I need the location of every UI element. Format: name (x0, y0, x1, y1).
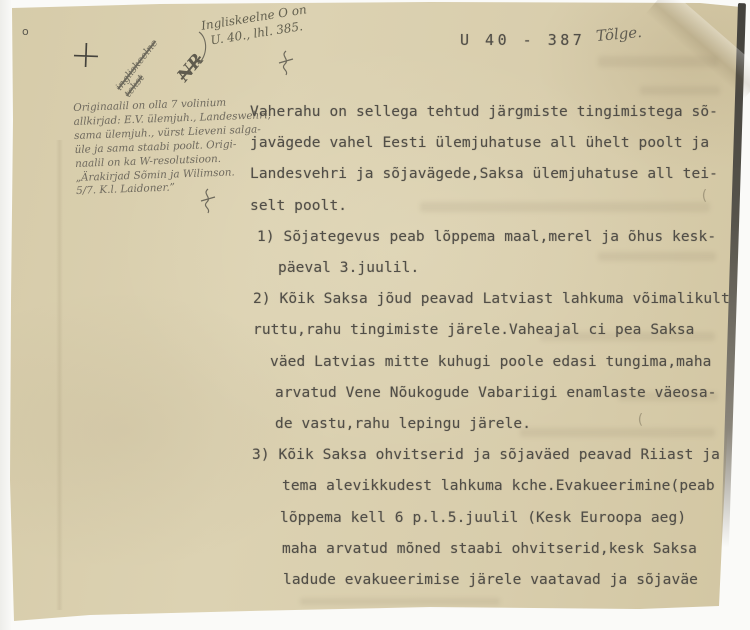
scanned-document-page: o ingliskeelne tekst NR Ingliskeelne O o… (0, 0, 750, 630)
typed-line: Vaherahu on sellega tehtud järgmiste tin… (250, 97, 740, 128)
typed-line: maha arvatud mõned staabi ohvitserid,kes… (282, 534, 740, 565)
typed-line: arvatud Vene Nõukogude Vabariigi enamlas… (275, 378, 740, 409)
typed-line: selt poolt. (250, 191, 740, 222)
typed-line: 3) Kõik Saksa ohvitserid ja sõjaväed pea… (252, 440, 740, 471)
paraph-flourish-icon (276, 50, 296, 80)
typed-line: päeval 3.juulil. (278, 253, 740, 284)
stray-paren-mark: ( (636, 412, 644, 428)
typed-line: ladude evakueerimise järele vaatavad ja … (283, 565, 740, 596)
typed-line: 1) Sõjategevus peab lõppema maal,merel j… (257, 222, 740, 253)
margin-pencil-note: Originaalil on olla 7 volinium allkirjad… (73, 96, 254, 199)
typed-line: lõppema kell 6 p.l.5.juulil (Kesk Euroop… (280, 503, 740, 534)
typed-line: javägede vahel Eesti ülemjuhatuse all üh… (250, 128, 740, 159)
corner-o-mark: o (22, 25, 29, 38)
typed-line: de vastu,rahu lepingu järele. (275, 409, 740, 440)
paraph-flourish-icon (198, 188, 218, 218)
typed-line: väed Latvias mitte kuhugi poole edasi tu… (270, 347, 740, 378)
typed-body-text: Vaherahu on sellega tehtud järgmiste tin… (250, 97, 740, 596)
typed-line: Landesvehri ja sõjavägede,Saksa ülemjuha… (250, 159, 740, 190)
left-fold-crease (56, 140, 63, 610)
typed-line: tema alevikkudest lahkuma kche.Evakueeri… (282, 471, 740, 502)
registration-cross-icon (71, 40, 101, 74)
stray-paren-mark: ( (700, 188, 708, 204)
typed-line: ruttu,rahu tingimiste järele.Vaheajal ci… (253, 315, 740, 346)
document-reference: U 40 - 387 (460, 31, 585, 49)
typed-line: 2) Kõik Saksa jõud peavad Latviast lahku… (253, 284, 740, 315)
